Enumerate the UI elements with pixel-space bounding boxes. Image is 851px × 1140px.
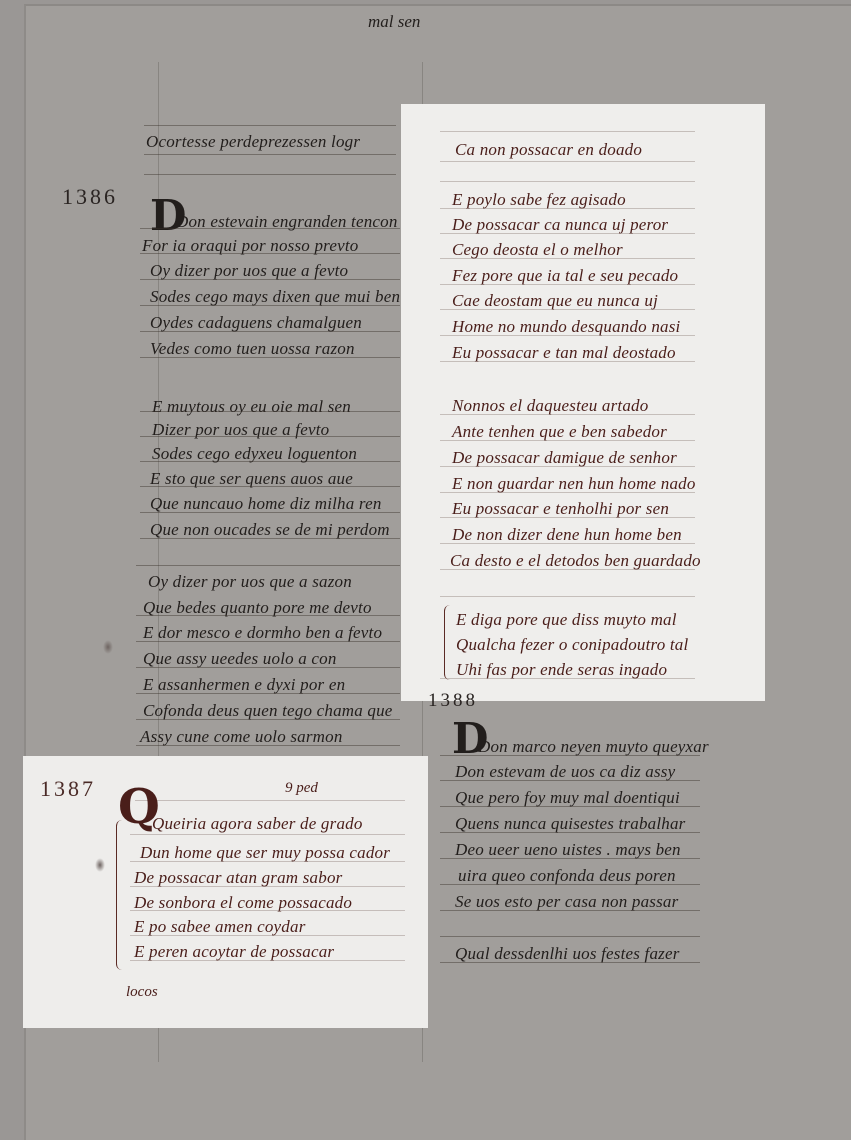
rule	[140, 279, 400, 280]
rule	[440, 181, 695, 182]
heading-line: Ocortesse perdeprezessen logr	[146, 132, 360, 152]
verse-line: Cego deosta el o melhor	[452, 240, 623, 260]
verse-line: Don marco neyen muyto queyxar	[478, 737, 709, 757]
rule	[130, 861, 405, 862]
verse-line: E po sabee amen coydar	[134, 917, 306, 937]
rule	[140, 331, 400, 332]
rule	[440, 884, 700, 885]
rule	[144, 154, 396, 155]
verse-line: uira queo confonda deus poren	[458, 866, 676, 886]
refrain-bracket	[444, 605, 451, 680]
verse-line: Que pero foy muy mal doentiqui	[455, 788, 680, 808]
marginal-note: 9 ped	[285, 780, 318, 797]
rule	[135, 800, 405, 801]
verse-line: Eu possacar e tenholhi por sen	[452, 499, 669, 519]
verse-line: E peren acoytar de possacar	[134, 942, 334, 962]
rule	[136, 615, 400, 616]
rule	[140, 228, 400, 229]
rule	[440, 414, 695, 415]
rule	[440, 517, 695, 518]
rule	[440, 309, 695, 310]
rule	[140, 461, 400, 462]
rule	[140, 538, 400, 539]
rule	[440, 596, 695, 597]
footer-note: locos	[126, 984, 158, 1001]
rule	[140, 253, 400, 254]
verse-line: Deo ueer ueno uistes . mays ben	[455, 840, 681, 860]
rule	[440, 543, 695, 544]
rule	[440, 962, 700, 963]
rule	[440, 284, 695, 285]
rule	[440, 492, 695, 493]
verse-line: Qual dessdenlhi uos festes fazer	[455, 944, 680, 964]
verse-line: Que non oucades se de mi perdom	[150, 520, 390, 540]
rule	[136, 641, 400, 642]
rule	[140, 411, 400, 412]
verse-line: Dizer por uos que a fevto	[152, 420, 329, 440]
verse-line: Fez pore que ia tal e seu pecado	[452, 266, 678, 286]
rule	[440, 208, 695, 209]
verse-line: De non dizer dene hun home ben	[452, 525, 682, 545]
verse-line: E diga pore que diss muyto mal	[456, 610, 677, 630]
rule	[130, 935, 405, 936]
rule	[440, 936, 700, 937]
verse-line: De possacar atan gram sabor	[134, 868, 342, 888]
verse-line: Qualcha fezer o conipadoutro tal	[456, 635, 688, 655]
rule	[440, 233, 695, 234]
rule	[440, 440, 695, 441]
verse-line: Oy dizer por uos que a fevto	[150, 261, 348, 281]
rule	[130, 834, 405, 835]
verse-line: Assy cune come uolo sarmon	[140, 727, 343, 747]
rule	[140, 512, 400, 513]
verse-line: Don estevam de uos ca diz assy	[455, 762, 675, 782]
rule	[130, 910, 405, 911]
rule	[136, 745, 400, 746]
verse-line: Dun home que ser muy possa cador	[140, 843, 390, 863]
rule	[440, 131, 695, 132]
verse-line: Nonnos el daquesteu artado	[452, 396, 648, 416]
poem-number-1387: 1387	[40, 776, 96, 802]
poem-number-1388: 1388	[428, 690, 478, 712]
rule	[136, 565, 400, 566]
verse-line: Don estevain engranden tencon	[176, 212, 398, 232]
header-note: mal sen	[368, 12, 420, 32]
verse-line: Vedes como tuen uossa razon	[150, 339, 355, 359]
verse-line: Ca non possacar en doado	[455, 140, 642, 160]
rule	[140, 357, 400, 358]
rule	[440, 910, 700, 911]
rule	[440, 335, 695, 336]
rule	[136, 693, 400, 694]
rule	[440, 858, 700, 859]
rule	[440, 678, 695, 679]
verse-line: E poylo sabe fez agisado	[452, 190, 626, 210]
rule	[440, 569, 695, 570]
verse-line: Sodes cego mays dixen que mui ben	[150, 287, 400, 307]
verse-line: Eu possacar e tan mal deostado	[452, 343, 676, 363]
rule	[140, 436, 400, 437]
rule	[440, 361, 695, 362]
verse-line: Oydes cadaguens chamalguen	[150, 313, 362, 333]
rule	[136, 667, 400, 668]
verse-line: Ca desto e el detodos ben guardado	[450, 551, 701, 571]
ink-smudge	[103, 640, 113, 654]
rule	[140, 305, 400, 306]
verse-line: Uhi fas por ende seras ingado	[456, 660, 667, 680]
verse-line: Oy dizer por uos que a sazon	[148, 572, 352, 592]
poem-number-1386: 1386	[62, 184, 118, 210]
verse-line: Cae deostam que eu nunca uj	[452, 291, 658, 311]
stanza-bracket	[116, 820, 123, 970]
verse-line: De possacar ca nunca uj peror	[452, 215, 668, 235]
rule	[440, 161, 695, 162]
verse-line: Queiria agora saber de grado	[152, 814, 363, 834]
ink-smudge	[95, 858, 105, 872]
verse-line: Home no mundo desquando nasi	[452, 317, 680, 337]
rule	[130, 960, 405, 961]
verse-line: E non guardar nen hun home nado	[452, 474, 696, 494]
verse-line: Ante tenhen que e ben sabedor	[452, 422, 667, 442]
verse-line: E dor mesco e dormho ben a fevto	[143, 623, 382, 643]
verse-line: Se uos esto per casa non passar	[455, 892, 678, 912]
verse-line: Que assy ueedes uolo a con	[143, 649, 337, 669]
rule	[440, 780, 700, 781]
rule	[440, 806, 700, 807]
rule	[440, 258, 695, 259]
rule	[144, 174, 396, 175]
rule	[440, 832, 700, 833]
verse-line: Cofonda deus quen tego chama que	[143, 701, 393, 721]
rule	[130, 886, 405, 887]
verse-line: Quens nunca quisestes trabalhar	[455, 814, 686, 834]
verse-line: E assanhermen e dyxi por en	[143, 675, 345, 695]
rule	[440, 755, 700, 756]
verse-line: De possacar damigue de senhor	[452, 448, 677, 468]
rule	[440, 466, 695, 467]
rule	[140, 486, 400, 487]
verse-line: Que nuncauo home diz milha ren	[150, 494, 382, 514]
rule	[136, 719, 400, 720]
rule	[144, 125, 396, 126]
verse-line: E muytous oy eu oie mal sen	[152, 397, 351, 417]
